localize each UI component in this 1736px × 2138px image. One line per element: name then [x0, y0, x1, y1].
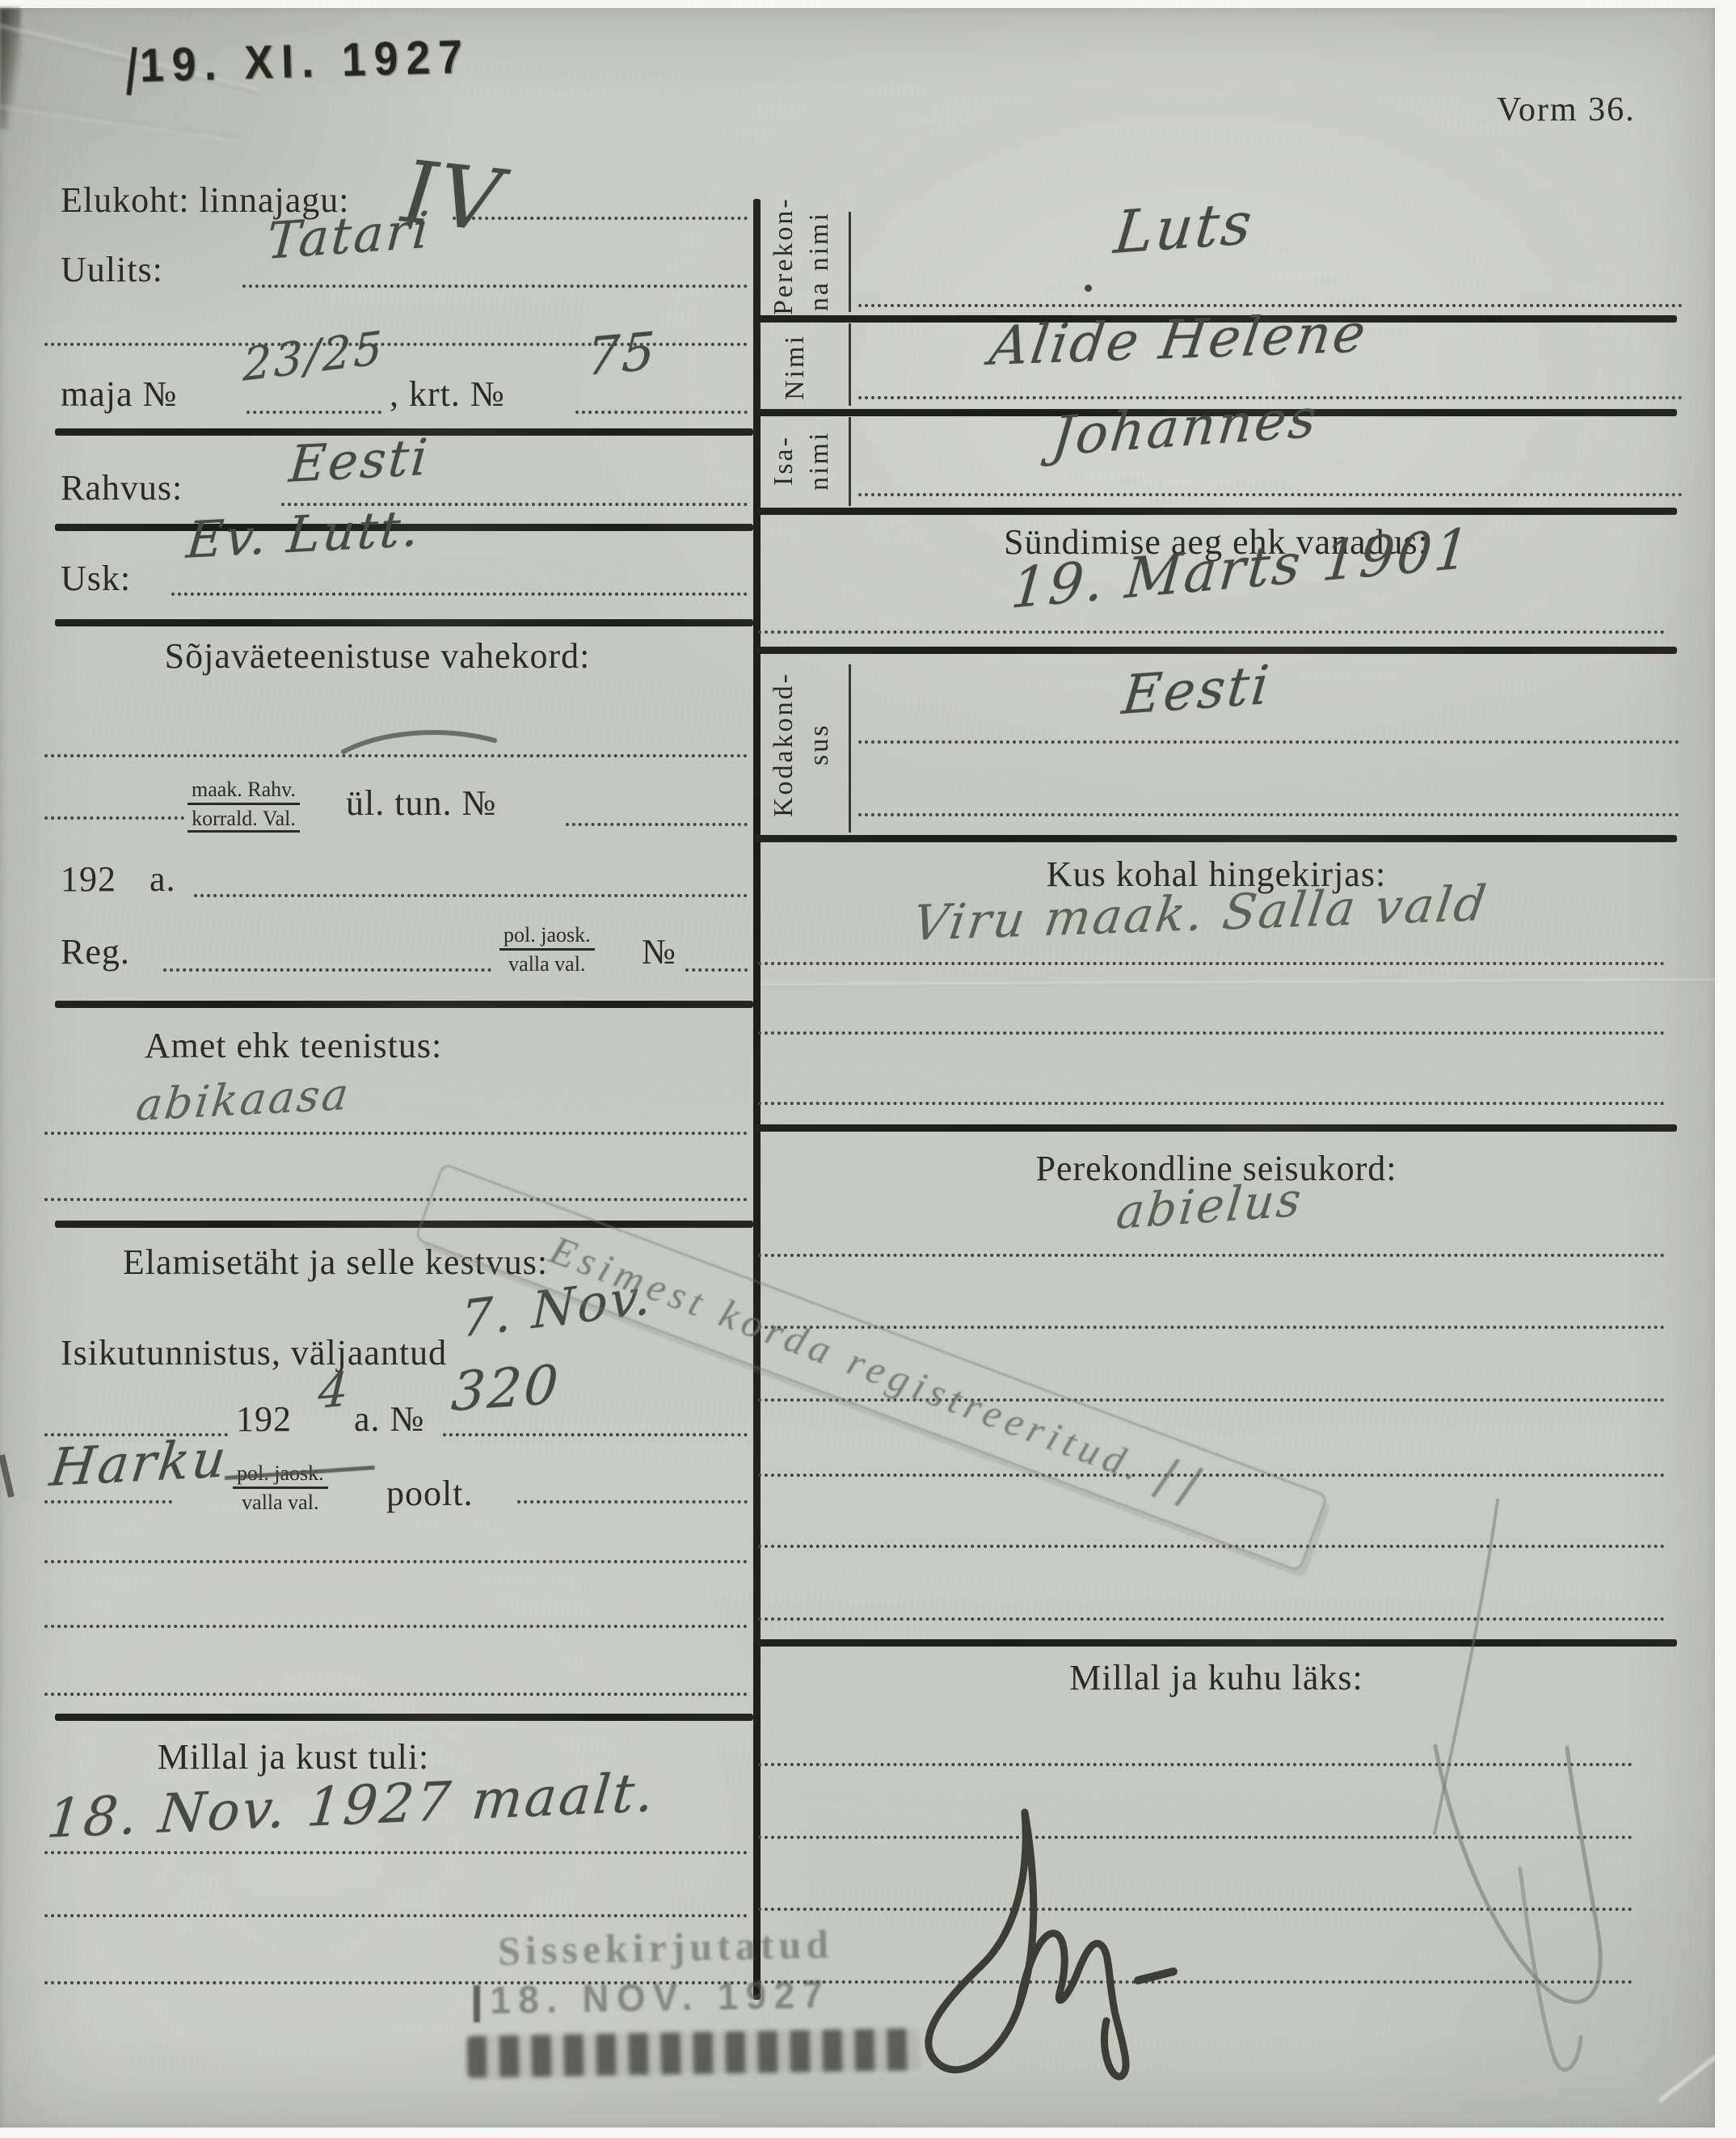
perekonnanimi-handwritten-value: Luts [1111, 188, 1258, 267]
dotted-line [575, 411, 748, 414]
scanned-document: 19. XI. 1927 Vorm 36. Elukoht: linnajagu… [0, 0, 1736, 2138]
dotted-line [44, 1914, 748, 1917]
reg-no-sign: № [642, 931, 676, 972]
label-separator-line [849, 417, 851, 506]
isikutunnistus-number-handwritten: 320 [449, 1353, 563, 1423]
dotted-line [758, 1254, 1665, 1257]
uulits-handwritten-value: Tatari [265, 200, 433, 271]
dotted-line [758, 1836, 1633, 1839]
dotted-line [44, 1625, 748, 1628]
ul-tun-label: ül. tun. № [346, 782, 496, 824]
isikutunnistus-label: Isikutunnistus, väljaantud [61, 1332, 447, 1373]
corner-fold-shadow [0, 8, 21, 129]
dotted-line [758, 1545, 1665, 1548]
rot-label-line: Isa- [766, 414, 802, 508]
dotted-line [44, 1198, 748, 1201]
dotted-line [517, 1500, 748, 1503]
fraction-top: pol. jaosk. [499, 923, 595, 951]
kodakondsus-rot-label: Kodakond- sus [766, 655, 837, 834]
rahvus-label: Rahvus: [61, 467, 183, 508]
rahvus-handwritten-value: Eesti [287, 427, 432, 494]
perekonnanimi-rot-label: Perekon- na nimi [766, 207, 837, 315]
krt-label: , krt. № [390, 373, 505, 415]
dotted-line [758, 1763, 1633, 1766]
uulits-label: Uulits: [61, 249, 163, 290]
fraction-bottom: valla val. [233, 1489, 328, 1514]
ink-dot [1085, 285, 1092, 292]
rot-label-line: Kodakond- [766, 655, 802, 834]
dotted-line [242, 285, 748, 288]
label-separator-line [849, 664, 851, 833]
dotted-line [758, 1980, 1633, 1984]
dotted-line [194, 894, 748, 897]
dotted-line [44, 1132, 748, 1135]
scan-background-edge [1715, 0, 1736, 2138]
dotted-line [44, 1851, 748, 1854]
dotted-line [566, 823, 748, 826]
sissekirjutatud-stamp: Sissekirjutatud [497, 1921, 833, 1975]
issue-year-suffix: a. № [354, 1398, 425, 1440]
illegible-blurred-stamp [467, 2028, 921, 2078]
stamp-end-bars [1151, 1459, 1203, 1506]
section-divider [55, 619, 753, 626]
krt-handwritten-value: 75 [585, 322, 659, 388]
dotted-line [758, 1326, 1665, 1329]
section-divider [55, 1714, 753, 1721]
issuer-handwritten-value: Harku [47, 1429, 231, 1499]
stamp-bracket-mark [474, 1985, 480, 2022]
dotted-line [443, 1433, 748, 1436]
section-divider [756, 1124, 1677, 1132]
fraction-bottom: valla val. [499, 951, 595, 976]
rot-label-line: na nimi [802, 207, 837, 315]
maak-rahv-fraction: maak. Rahv. korrald. Val. [188, 778, 300, 833]
section-divider [756, 508, 1677, 515]
issue-year-label: 192 [236, 1398, 292, 1440]
millal-laks-heading: Millal ja kuhu läks: [764, 1657, 1669, 1698]
isanimi-rot-label: Isa- nimi [766, 414, 837, 508]
rot-label-line: sus [802, 655, 837, 834]
form-number: Vorm 36. [1497, 91, 1636, 129]
rot-label-line: nimi [802, 414, 837, 508]
dotted-line [163, 968, 491, 972]
dotted-line [246, 411, 381, 414]
dotted-line [44, 816, 184, 820]
poolt-label: poolt. [386, 1473, 473, 1514]
dotted-line [758, 1908, 1633, 1911]
dotted-line [858, 740, 1679, 744]
kodakondsus-handwritten-value: Eesti [1119, 653, 1274, 727]
dotted-line [685, 968, 748, 972]
dotted-line [858, 813, 1679, 816]
reg-year-label: 192 [61, 858, 116, 900]
issue-year-handwritten-digit: 4 [317, 1361, 352, 1419]
dotted-line [758, 962, 1665, 965]
usk-handwritten-value: Ev. Lutt. [184, 498, 423, 570]
section-divider [55, 1001, 753, 1008]
dotted-line [44, 1500, 172, 1503]
usk-label: Usk: [61, 558, 131, 599]
dotted-line [758, 1102, 1665, 1105]
dotted-line [171, 592, 748, 596]
sojavae-heading: Sõjaväeteenistuse vahekord: [57, 635, 698, 677]
maja-label: maja № [61, 373, 178, 415]
dotted-line [758, 630, 1665, 634]
dotted-line [858, 493, 1683, 496]
section-divider [756, 647, 1677, 654]
registration-date-stamp: 18. NOV. 1927 [490, 1973, 831, 2023]
dotted-line [44, 754, 748, 757]
scan-background-edge [0, 2127, 1736, 2138]
dotted-line [758, 1617, 1665, 1621]
section-divider [756, 835, 1677, 842]
pol-jaosk-fraction: pol. jaosk. valla val. [499, 923, 595, 976]
reg-label: Reg. [61, 931, 130, 972]
section-divider [55, 1221, 753, 1228]
dotted-line [44, 1560, 748, 1563]
dotted-line [44, 1693, 748, 1696]
date-received-stamp: 19. XI. 1927 [139, 30, 471, 93]
reg-year-suffix: a. [150, 858, 176, 900]
label-separator-line [849, 323, 851, 406]
rot-label-line: Perekon- [766, 207, 802, 315]
label-separator-line [849, 212, 851, 312]
rot-label-line: Nimi [777, 325, 813, 409]
column-divider [753, 199, 761, 2000]
amet-heading: Amet ehk teenistus: [57, 1025, 530, 1066]
dotted-line [758, 1031, 1665, 1035]
fraction-bottom: korrald. Val. [188, 805, 300, 833]
section-divider [756, 1639, 1677, 1647]
fraction-top: maak. Rahv. [188, 778, 300, 805]
nimi-rot-label: Nimi [777, 325, 813, 409]
